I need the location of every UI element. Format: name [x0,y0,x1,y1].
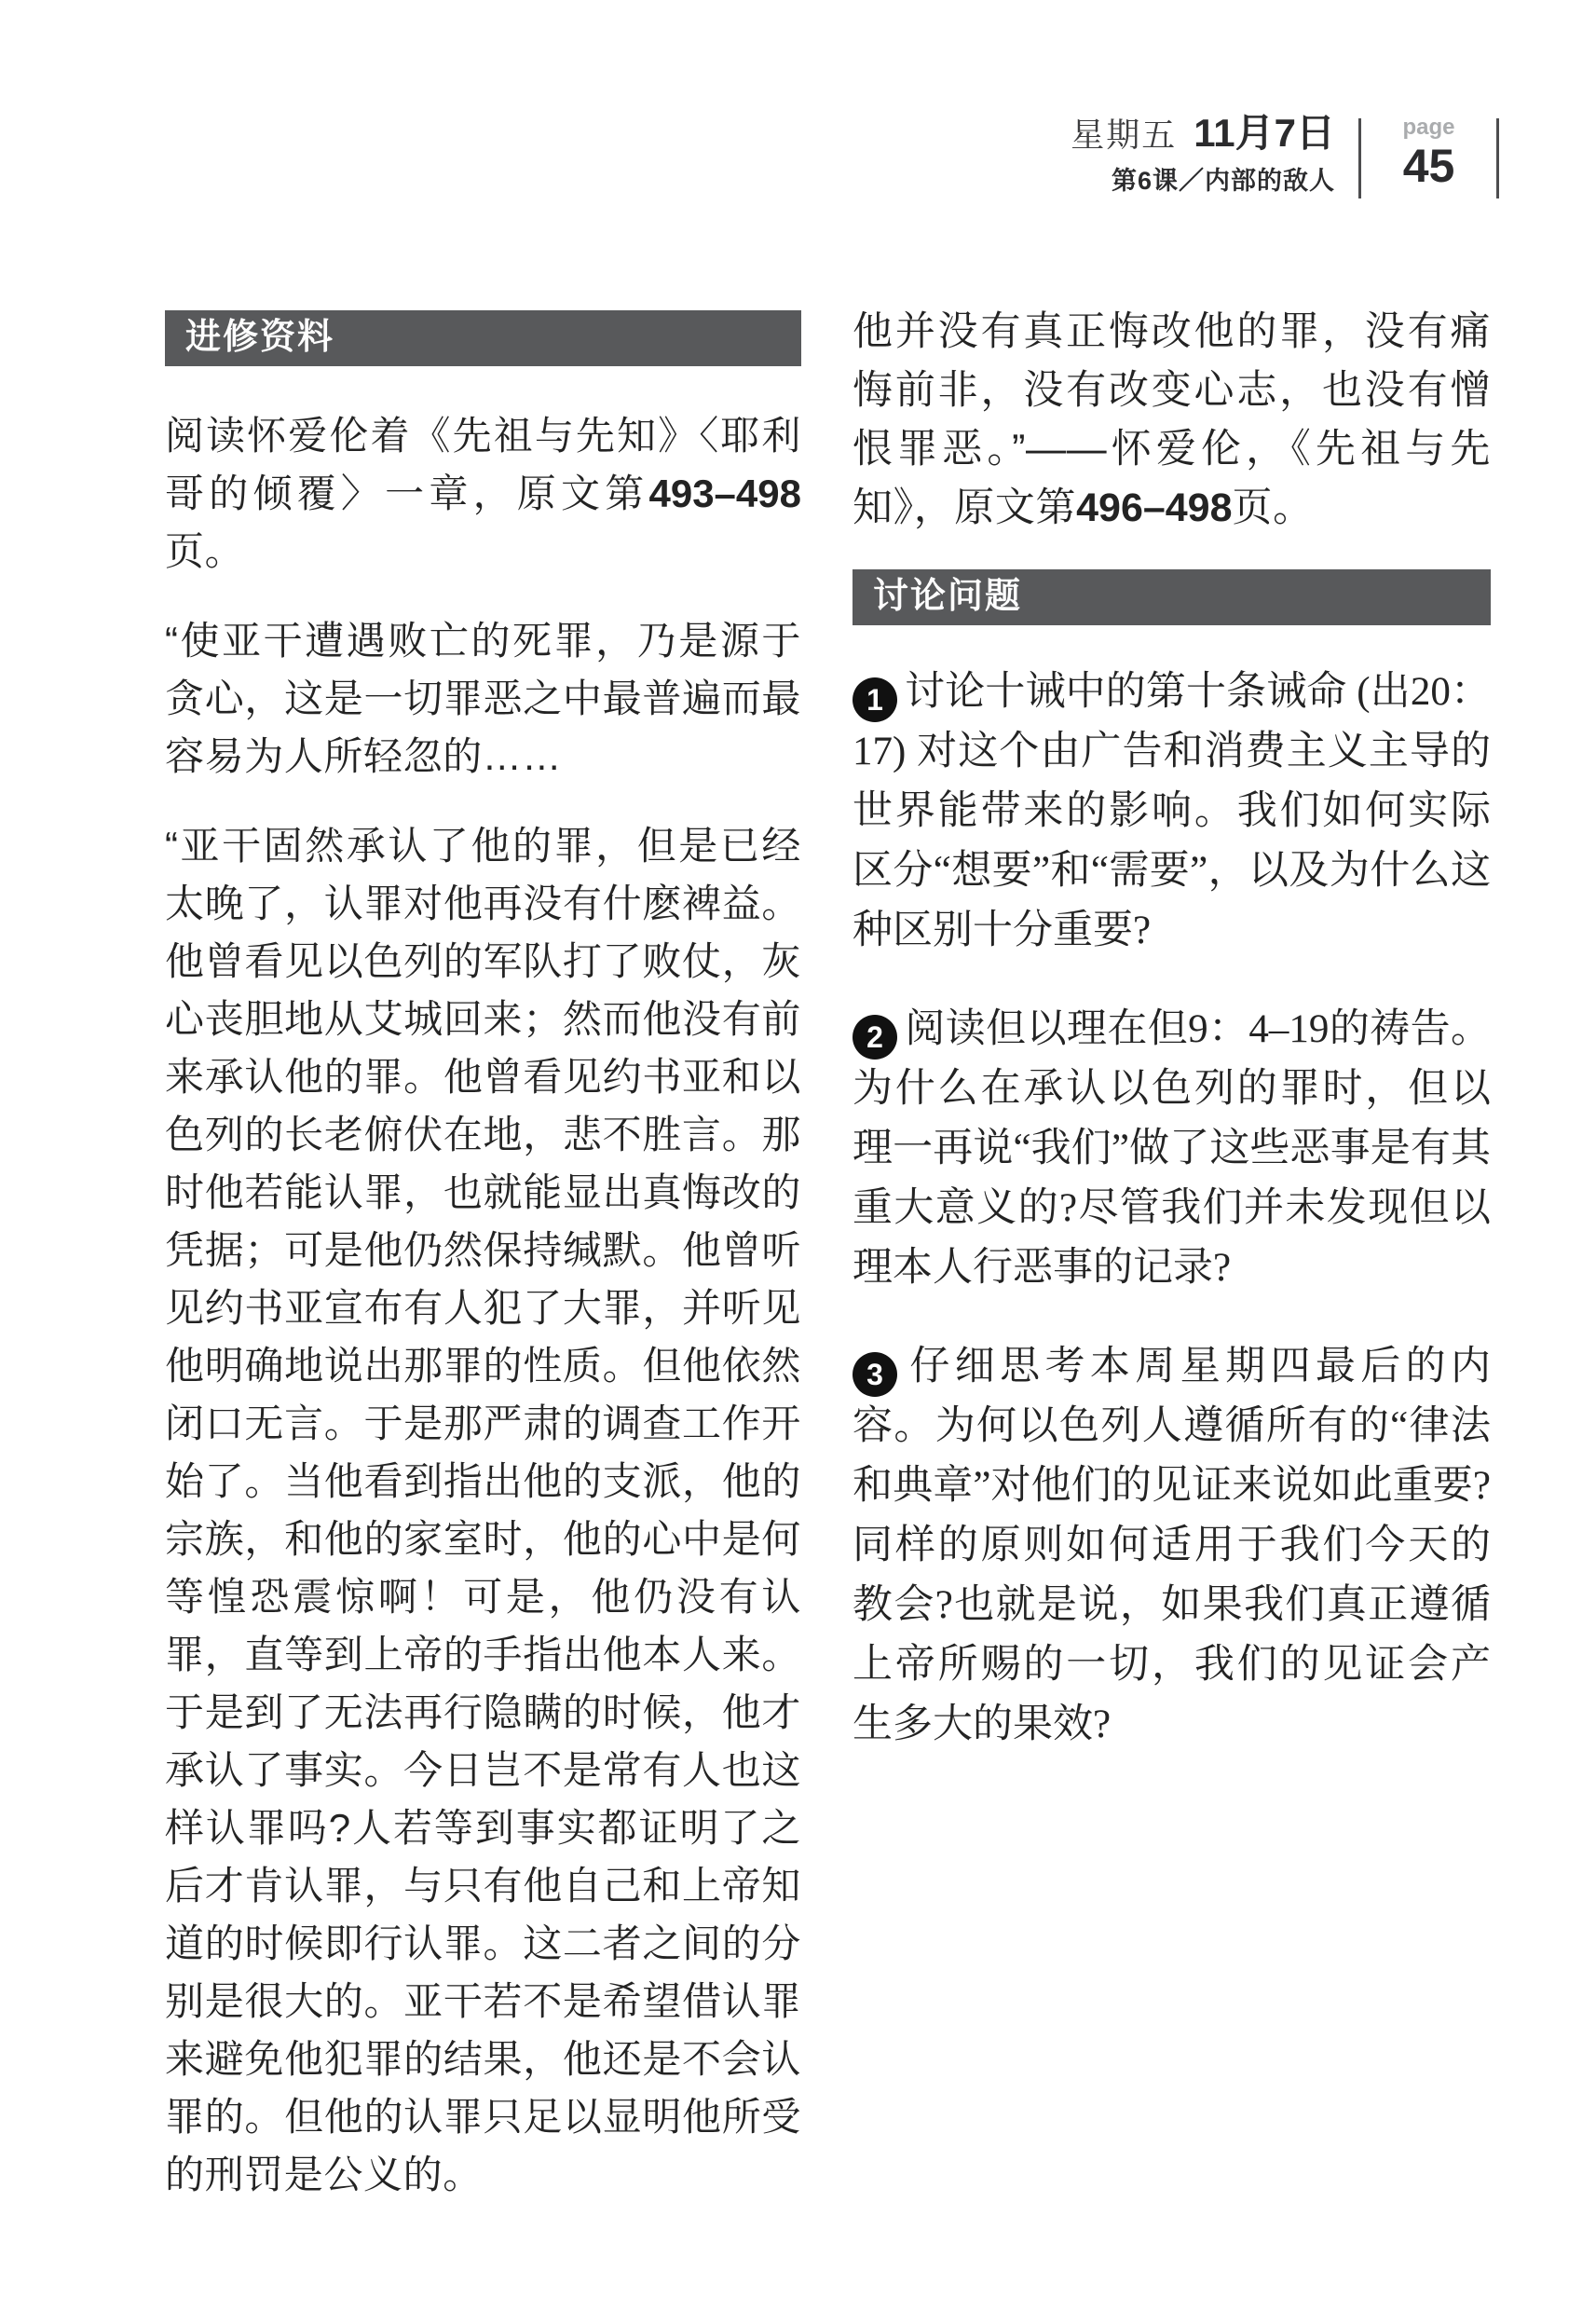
header-divider-right [1496,118,1499,198]
document-page: 星期五11月7日 第6课／内部的敌人 page 45 进修资料 阅读怀爱伦着《先… [0,0,1596,2311]
page-label: page [1361,116,1496,140]
quote-end-text-post: 页。 [1233,485,1314,530]
section-bar-further-study: 进修资料 [165,310,801,366]
question-2-bullet: 2 [853,1015,897,1060]
quote-paragraph-opening: “使亚干遭遇败亡的死罪，乃是源于贪心，这是一切罪恶之中最普遍而最容易为人所轻忽的… [165,612,801,786]
section-bar-discussion: 讨论问题 [853,569,1491,625]
header-lesson-title: 第6课／内部的敌人 [1112,160,1335,197]
page-number: 45 [1361,142,1496,190]
quote-paragraph-main: “亚干固然承认了他的罪，但是已经太晚了，认罪对他再没有什麽裨益。他曾看见以色列的… [165,817,801,2204]
header-weekday: 星期五 [1071,116,1177,154]
header-day-line: 星期五11月7日 [1071,110,1335,166]
question-2-text: 阅读但以理在但9：4–19的祷告。为什么在承认以色列的罪时，但以理一再说“我们”… [853,1007,1491,1290]
right-column: 他并没有真正悔改他的罪，没有痛悔前非，没有改变心志，也没有憎恨罪恶。”——怀爱伦… [853,310,1491,1794]
discussion-question-1: 1讨论十诫中的第十条诫命 (出20：17) 对这个由广告和消费主义主导的世界能带… [853,663,1491,961]
question-3-bullet: 3 [853,1352,897,1397]
quote-end-page-range: 496–498 [1076,485,1232,530]
discussion-question-3: 3仔细思考本周星期四最后的内容。为何以色列人遵循所有的“律法和典章”对他们的见证… [853,1337,1491,1755]
quote-paragraph-end: 他并没有真正悔改他的罪，没有痛悔前非，没有改变心志，也没有憎恨罪恶。”——怀爱伦… [853,303,1491,538]
left-column: 进修资料 阅读怀爱伦着《先祖与先知》〈耶利哥的倾覆〉一章，原文第493–498页… [165,310,801,2236]
question-1-bullet: 1 [853,677,897,722]
header-date: 11月7日 [1194,111,1335,155]
question-1-text: 讨论十诫中的第十条诫命 (出20：17) 对这个由广告和消费主义主导的世界能带来… [853,670,1491,952]
question-3-text: 仔细思考本周星期四最后的内容。为何以色列人遵循所有的“律法和典章”对他们的见证来… [853,1345,1491,1746]
reference-text-post: 页。 [165,529,244,573]
discussion-question-2: 2阅读但以理在但9：4–19的祷告。为什么在承认以色列的罪时，但以理一再说“我们… [853,1000,1491,1298]
page-number-box: page 45 [1361,116,1496,190]
reference-paragraph: 阅读怀爱伦着《先祖与先知》〈耶利哥的倾覆〉一章，原文第493–498页。 [165,407,801,581]
reference-page-range: 493–498 [648,472,801,515]
